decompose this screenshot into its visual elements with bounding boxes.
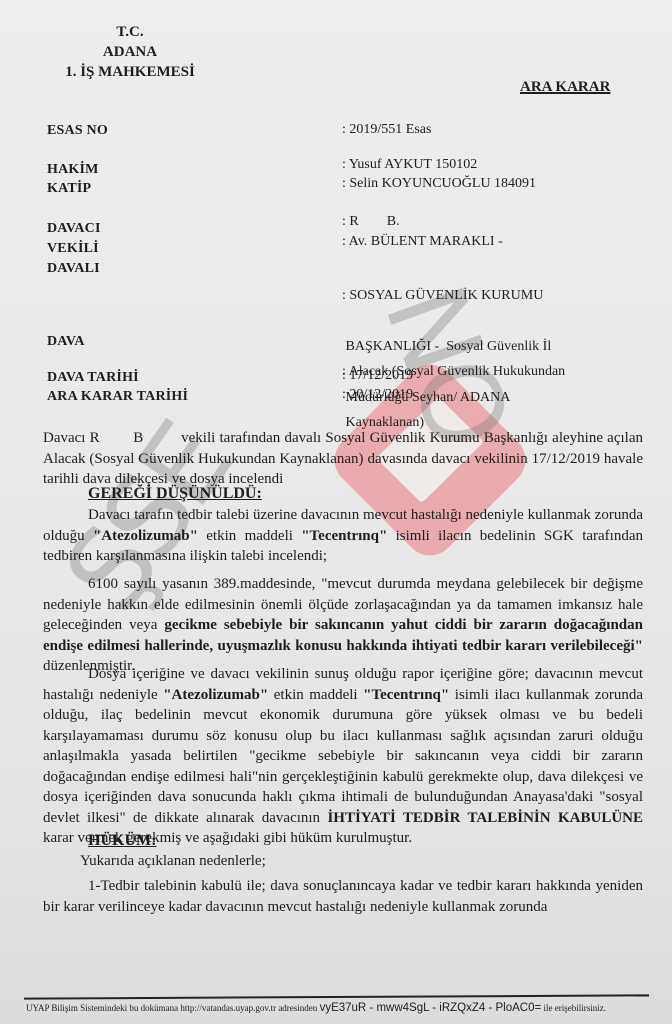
value-ara-karar-tarihi: : 20/12/2019: [342, 386, 413, 403]
paragraph-tedbir-talebi: Davacı tarafın tedbir talebi üzerine dav…: [43, 505, 643, 567]
heading-hukum: HÜKÜM:: [88, 832, 156, 850]
value-dava-tarihi: : 17/12/2019: [342, 367, 413, 384]
document-type-title: ARA KARAR: [520, 79, 610, 96]
label-katip: KATİP: [47, 181, 91, 197]
intro-paragraph: Davacı R B vekili tarafından davalı Sosy…: [43, 428, 643, 490]
header-tc: T.C.: [60, 24, 200, 41]
label-davaci: DAVACI: [47, 221, 101, 237]
footer-divider: [24, 994, 649, 999]
label-hakim: HAKİM: [47, 162, 99, 178]
paragraph-hukum-1: 1-Tedbir talebinin kabulü ile; dava sonu…: [43, 876, 643, 917]
footer-access-code: vyE37uR - mww4SgL - iRZQxZ4 - PloAC0=: [320, 1002, 542, 1014]
label-esas-no: ESAS NO: [47, 123, 108, 139]
paragraph-yasa-maddesi: 6100 sayılı yasanın 389.maddesinde, "mev…: [43, 574, 643, 677]
header-court: 1. İŞ MAHKEMESİ: [60, 64, 200, 81]
value-vekili: : Av. BÜLENT MARAKLI -: [342, 233, 503, 250]
value-katip: : Selin KOYUNCUOĞLU 184091: [342, 175, 536, 192]
header-city: ADANA: [60, 44, 200, 61]
document-page: T.C. ADANA 1. İŞ MAHKEMESİ ARA KARAR ESA…: [0, 0, 672, 1024]
value-esas-no: : 2019/551 Esas: [342, 121, 431, 138]
label-davali: DAVALI: [47, 261, 100, 277]
label-dava: DAVA: [47, 334, 85, 350]
value-hakim: : Yusuf AYKUT 150102: [342, 156, 477, 173]
label-vekili: VEKİLİ: [47, 241, 99, 257]
value-davaci: : R B.: [342, 213, 400, 230]
paragraph-nedenlerle: Yukarıda açıklanan nedenlerle;: [80, 851, 640, 872]
label-ara-karar-tarihi: ARA KARAR TARİHİ: [47, 389, 188, 405]
paragraph-degerlendirme: Dosya içeriğine ve davacı vekilinin sunu…: [43, 664, 643, 849]
label-dava-tarihi: DAVA TARİHİ: [47, 370, 139, 386]
footer-uyap-notice: UYAP Bilişim Sistemindeki bu dokümana ht…: [26, 1002, 606, 1014]
heading-geregi-dusunuldu: GEREĞİ DÜŞÜNÜLDÜ:: [88, 485, 262, 503]
